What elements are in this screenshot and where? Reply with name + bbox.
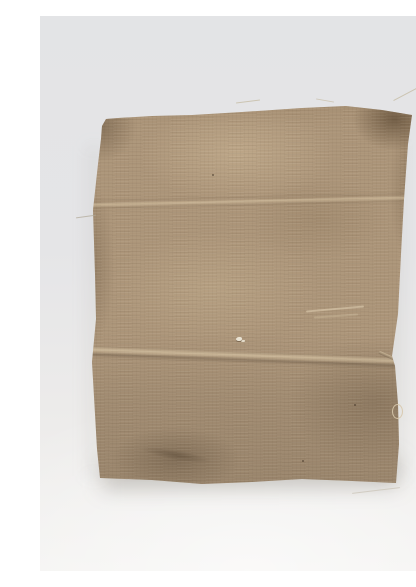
dark-speck [302, 460, 304, 462]
stray-thread [236, 100, 260, 104]
stray-thread [352, 487, 400, 494]
bottom-left-smudge [128, 440, 225, 470]
stray-thread-loop [392, 404, 403, 419]
fabric-chip-mark [236, 337, 242, 341]
stray-thread [316, 98, 334, 102]
upper-fold-crease [84, 192, 416, 210]
lower-fold-crease [84, 346, 416, 371]
stray-thread [393, 88, 416, 101]
photo-stage [40, 16, 416, 571]
scratch-mark [306, 305, 364, 312]
fabric-swatch [92, 104, 414, 486]
dark-speck [212, 174, 214, 176]
scratch-mark [314, 313, 358, 318]
dark-speck [354, 404, 356, 406]
